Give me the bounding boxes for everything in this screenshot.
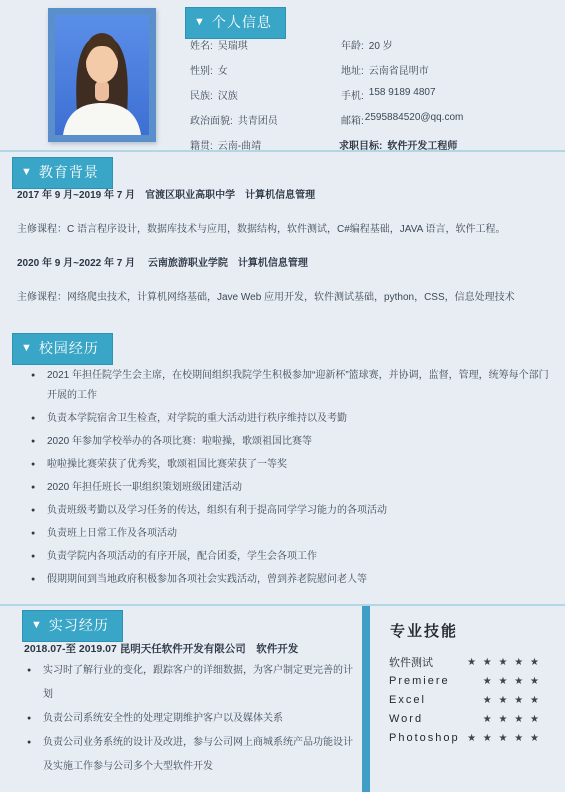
field-address: 地址: 云南省昆明市 [341, 62, 429, 77]
bullet-icon: ● [31, 501, 35, 521]
list-item: ●啦啦操比赛荣获了优秀奖，歌颂祖国比赛荣获了一等奖 [30, 455, 553, 475]
campus-experience-list: ●2021 年担任院学生会主席，在校期间组织我院学生积极参加“迎新杯”篮球赛，并… [30, 366, 553, 593]
star-rating-icons: ★ ★ ★ ★ [483, 714, 541, 725]
list-item: ●负责公司业务系统的设计及改进，参与公司网上商城系统产品功能设计及实施工作参与公… [26, 731, 357, 779]
list-item-text: 2021 年担任院学生会主席，在校期间组织我院学生积极参加“迎新杯”篮球赛，并协… [47, 370, 549, 401]
internship-entry-title: 2018.07-至 2019.07 昆明天任软件开发有限公司 软件开发 [24, 641, 364, 656]
skill-name: Word [389, 713, 423, 725]
skill-name: Photoshop [389, 732, 460, 744]
skill-row: 软件测试 ★ ★ ★ ★ ★ [389, 656, 541, 668]
vertical-separator-bar [362, 606, 370, 792]
skill-row: Premiere ★ ★ ★ ★ [389, 675, 541, 687]
bullet-icon: ● [27, 659, 31, 683]
bullet-icon: ● [31, 478, 35, 498]
field-ethnicity-value: 汉族 [218, 87, 238, 102]
section-divider [0, 150, 565, 152]
bullet-icon: ● [27, 707, 31, 731]
education-entry-title: 2020 年 9 月~2022 年 7 月 云南旅游职业学院 计算机信息管理 [17, 257, 558, 271]
triangle-icon: ▼ [21, 167, 33, 178]
education-entry-courses: 主修课程：网络爬虫技术，计算机网络基础，Jave Web 应用开发，软件测试基础… [17, 291, 558, 305]
triangle-icon: ▼ [31, 620, 43, 631]
field-name-value: 吴瑞琪 [218, 37, 248, 52]
list-item: ●负责班上日常工作及各项活动 [30, 524, 553, 544]
field-name-label: 姓名: [190, 37, 213, 52]
triangle-icon: ▼ [194, 17, 206, 28]
field-gender: 性别: 女 [190, 62, 228, 77]
field-phone-value: 158 9189 4807 [369, 87, 436, 102]
bullet-icon: ● [31, 409, 35, 429]
field-name: 姓名: 吴瑞琪 [190, 37, 248, 52]
list-item-text: 负责本学院宿舍卫生检查，对学院的重大活动进行秩序维持以及考勤 [47, 413, 347, 424]
field-gender-label: 性别: [190, 62, 213, 77]
skill-name: Premiere [389, 675, 450, 687]
star-rating-icons: ★ ★ ★ ★ [483, 695, 541, 706]
star-rating-icons: ★ ★ ★ ★ [483, 676, 541, 687]
list-item: ●实习时了解行业的变化，跟踪客户的详细数据，为客户制定更完善的计划 [26, 659, 357, 707]
list-item-text: 实习时了解行业的变化，跟踪客户的详细数据，为客户制定更完善的计划 [43, 665, 353, 700]
list-item-text: 负责学院内各项活动的有序开展，配合团委，学生会各项工作 [47, 551, 317, 562]
field-phone: 手机: 158 9189 4807 [341, 87, 436, 102]
education-entry-title: 2017 年 9 月~2019 年 7 月 官渡区职业高职中学 计算机信息管理 [17, 189, 558, 203]
field-email-value: 2595884520@qq.com [365, 112, 464, 127]
field-email: 邮箱: 2595884520@qq.com [341, 112, 463, 127]
list-item: ●2021 年担任院学生会主席，在校期间组织我院学生积极参加“迎新杯”篮球赛，并… [30, 366, 553, 406]
education-header-label: 教育背景 [39, 162, 99, 182]
bullet-icon: ● [31, 547, 35, 567]
list-item-text: 啦啦操比赛荣获了优秀奖，歌颂祖国比赛荣获了一等奖 [47, 459, 287, 470]
field-gender-value: 女 [218, 62, 228, 77]
education-section-header: ▼ 教育背景 [12, 157, 113, 189]
skill-row: Excel ★ ★ ★ ★ [389, 694, 541, 706]
field-age: 年龄: 20 岁 [341, 37, 393, 52]
list-item: ●2020 年担任班长一职组织策划班级团建活动 [30, 478, 553, 498]
section-divider [0, 604, 565, 606]
list-item: ●负责公司系统安全性的处理定期维护客户以及媒体关系 [26, 707, 357, 731]
field-age-label: 年龄: [341, 37, 364, 52]
internship-experience-list: ●实习时了解行业的变化，跟踪客户的详细数据，为客户制定更完善的计划 ●负责公司系… [26, 659, 357, 779]
field-political-status: 政治面貌: 共青团员 [190, 112, 278, 127]
skills-section-title: 专业技能 [390, 620, 458, 641]
list-item: ●假期期间到当地政府积极参加各项社会实践活动，曾到养老院慰问老人等 [30, 570, 553, 590]
list-item: ●负责学院内各项活动的有序开展，配合团委，学生会各项工作 [30, 547, 553, 567]
list-item-text: 负责班上日常工作及各项活动 [47, 528, 177, 539]
personal-info-header-label: 个人信息 [212, 12, 272, 32]
field-political-status-value: 共青团员 [238, 112, 278, 127]
education-entry-courses: 主修课程：C 语言程序设计，数据库技术与应用，数据结构，软件测试，C#编程基础，… [17, 223, 558, 237]
internship-header-label: 实习经历 [49, 615, 109, 635]
bullet-icon: ● [31, 524, 35, 544]
list-item-text: 负责公司系统安全性的处理定期维护客户以及媒体关系 [43, 713, 283, 724]
profile-photo [48, 8, 156, 142]
skill-row: Word ★ ★ ★ ★ [389, 713, 541, 725]
skill-row: Photoshop ★ ★ ★ ★ ★ [389, 732, 541, 744]
star-rating-icons: ★ ★ ★ ★ ★ [467, 657, 541, 668]
triangle-icon: ▼ [21, 343, 33, 354]
field-political-status-label: 政治面貌: [190, 112, 233, 127]
bullet-icon: ● [31, 570, 35, 590]
field-address-label: 地址: [341, 62, 364, 77]
list-item: ●负责本学院宿舍卫生检查，对学院的重大活动进行秩序维持以及考勤 [30, 409, 553, 429]
bullet-icon: ● [27, 731, 31, 755]
bullet-icon: ● [31, 432, 35, 452]
person-portrait-graphic [55, 15, 149, 135]
field-ethnicity: 民族: 汉族 [190, 87, 238, 102]
skill-name: Excel [389, 694, 426, 706]
list-item: ●2020 年参加学校举办的各项比赛：啦啦操，歌颂祖国比赛等 [30, 432, 553, 452]
internship-section-header: ▼ 实习经历 [22, 610, 123, 642]
star-rating-icons: ★ ★ ★ ★ ★ [467, 733, 541, 744]
skill-name: 软件测试 [389, 654, 433, 670]
list-item-text: 负责班级考勤以及学习任务的传达，组织有利于提高同学学习能力的各项活动 [47, 505, 387, 516]
list-item-text: 负责公司业务系统的设计及改进，参与公司网上商城系统产品功能设计及实施工作参与公司… [43, 737, 353, 772]
skills-list: 软件测试 ★ ★ ★ ★ ★ Premiere ★ ★ ★ ★ Excel ★ … [389, 656, 541, 744]
field-phone-label: 手机: [341, 87, 364, 102]
campus-section-header: ▼ 校园经历 [12, 333, 113, 365]
list-item: ●负责班级考勤以及学习任务的传达，组织有利于提高同学学习能力的各项活动 [30, 501, 553, 521]
field-ethnicity-label: 民族: [190, 87, 213, 102]
field-email-label: 邮箱: [341, 112, 364, 127]
list-item-text: 2020 年参加学校举办的各项比赛：啦啦操，歌颂祖国比赛等 [47, 436, 312, 447]
list-item-text: 假期期间到当地政府积极参加各项社会实践活动，曾到养老院慰问老人等 [47, 574, 367, 585]
campus-header-label: 校园经历 [39, 338, 99, 358]
personal-info-section-header: ▼ 个人信息 [185, 7, 286, 39]
list-item-text: 2020 年担任班长一职组织策划班级团建活动 [47, 482, 242, 493]
bullet-icon: ● [31, 366, 35, 386]
field-address-value: 云南省昆明市 [369, 62, 429, 77]
field-age-value: 20 岁 [369, 37, 393, 52]
bullet-icon: ● [31, 455, 35, 475]
